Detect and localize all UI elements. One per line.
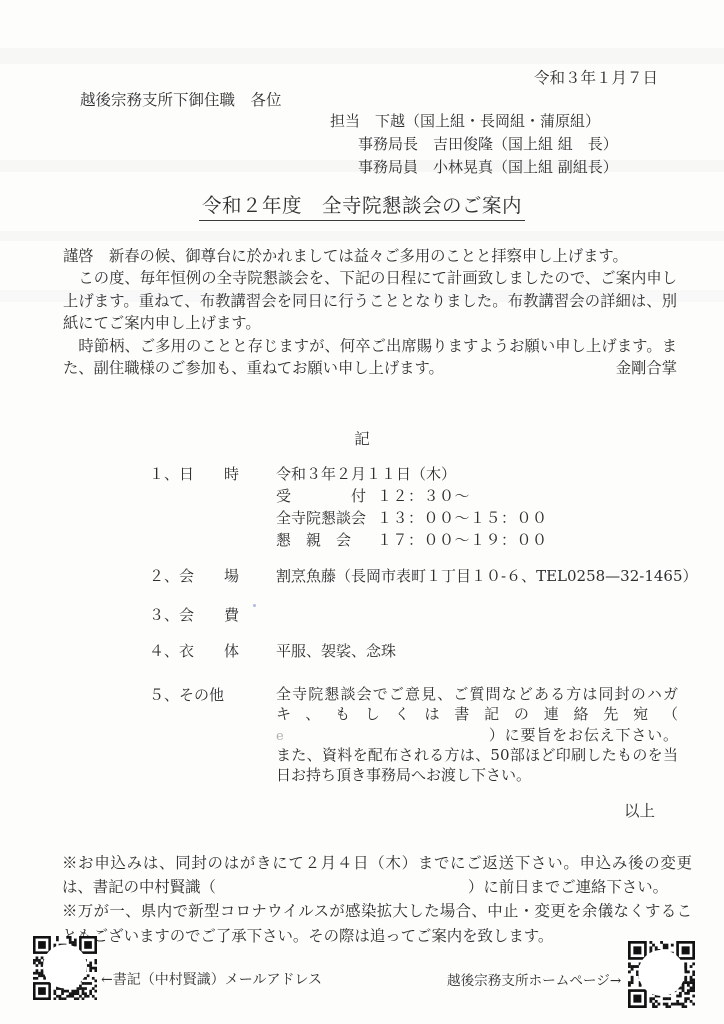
list-item-fee: ３、 会 費 bbox=[149, 604, 276, 626]
item-value: 令和３年２月１１日（木） 受 付 １２：３０～ 全寺院懇談会 １３：００～１５：… bbox=[276, 463, 548, 551]
scan-artifact-band bbox=[0, 231, 724, 241]
list-item-venue: ２、 会 場 割烹魚藤（長岡市表町１丁目１０-６、TEL0258—32-1465… bbox=[149, 565, 698, 587]
item-label: １、 日 時 bbox=[149, 463, 276, 485]
body-paragraph-3-text: 時節柄、ご多用のことと存じますが、何卒ご出席賜りますようお願い申し上げます。また… bbox=[63, 337, 677, 377]
item-number: ５、 bbox=[149, 684, 179, 706]
attire-value: 平服、袈裟、念珠 bbox=[276, 640, 396, 662]
item-label: ３、 会 費 bbox=[149, 604, 276, 626]
footnote-application: ※お申込みは、同封のはがきにて２月４日（木）までにご返送下さい。申込み後の変更は… bbox=[62, 851, 692, 899]
schedule-time: １７：００～１９：００ bbox=[377, 529, 548, 551]
schedule-time: １２：３０～ bbox=[377, 485, 470, 507]
body-text: 謹啓 新春の候、御尊台に於かれましては益々ご多用のことと拝察申し上げます。 この… bbox=[63, 245, 677, 379]
other-value: 全寺院懇談会でご意見、ご質問などある方は同封のハガキ、もしくは書記の連絡先宛（e… bbox=[276, 684, 678, 785]
document-title-text: 令和２年度 全寺院懇談会のご案内 bbox=[199, 194, 525, 221]
item-number: １、 bbox=[149, 463, 179, 485]
schedule-table: 受 付 １２：３０～ 全寺院懇談会 １３：００～１５：００ 懇 親 会 １７：０… bbox=[276, 485, 548, 551]
redacted-email-blank: e bbox=[276, 727, 488, 739]
venue-value: 割烹魚藤（長岡市表町１丁目１０-６、TEL0258—32-1465） bbox=[276, 565, 698, 587]
footnote1-post: ）に前日までご連絡下さい。 bbox=[468, 878, 668, 896]
item-number: ３、 bbox=[149, 604, 179, 626]
staff-line-kyokuin: 事務局員 小林晃真（国上組 副組長） bbox=[330, 156, 618, 179]
item-label-text: 衣 体 bbox=[179, 640, 239, 662]
staff-block: 担当 下越（国上組・長岡組・蒲原組） 事務局長 吉田俊隆（国上組 組 長） 事務… bbox=[330, 110, 618, 179]
scan-artifact-band bbox=[0, 48, 724, 64]
qr-code-left-icon bbox=[33, 936, 97, 1000]
item-label-text: 会 費 bbox=[179, 604, 239, 626]
list-item-datetime: １、 日 時 令和３年２月１１日（木） 受 付 １２：３０～ 全寺院懇談会 １３… bbox=[149, 463, 548, 551]
body-paragraph-1: 謹啓 新春の候、御尊台に於かれましては益々ご多用のことと拝察申し上げます。 bbox=[63, 245, 677, 267]
item-label-text: 会 場 bbox=[179, 565, 239, 587]
item-number: ４、 bbox=[149, 640, 179, 662]
schedule-time: １３：００～１５：００ bbox=[377, 507, 548, 529]
scan-speck bbox=[253, 604, 256, 607]
item-label: ５、 その他 bbox=[149, 684, 276, 706]
schedule-row-reception: 受 付 １２：３０～ bbox=[276, 485, 548, 507]
schedule-name: 全寺院懇談会 bbox=[276, 507, 367, 529]
redacted-contact-blank bbox=[216, 880, 468, 892]
qr-code-right-icon bbox=[628, 941, 695, 1008]
footer-caption-left: ←書記（中村賢識）メールアドレス bbox=[101, 969, 322, 989]
schedule-name: 受 付 bbox=[276, 485, 367, 507]
list-item-other: ５、 その他 全寺院懇談会でご意見、ご質問などある方は同封のハガキ、もしくは書記… bbox=[149, 684, 678, 785]
item-label-text: その他 bbox=[179, 684, 224, 706]
datetime-value: 令和３年２月１１日（木） bbox=[276, 463, 548, 485]
item-label: ２、 会 場 bbox=[149, 565, 276, 587]
staff-line-kyokuchou: 事務局長 吉田俊隆（国上組 組 長） bbox=[330, 133, 618, 156]
gassho-closing: 金剛合掌 bbox=[616, 357, 677, 379]
list-item-attire: ４、 衣 体 平服、袈裟、念珠 bbox=[149, 640, 396, 662]
footnote-covid: ※万が一、県内で新型コロナウイルスが感染拡大した場合、中止・変更を余儀なくするこ… bbox=[62, 899, 692, 947]
schedule-name: 懇 親 会 bbox=[276, 529, 367, 551]
body-paragraph-2: この度、毎年恒例の全寺院懇談会を、下記の日程にて計画致しましたので、ご案内申し上… bbox=[63, 267, 677, 334]
item-label-text: 日 時 bbox=[179, 463, 239, 485]
footnotes-block: ※お申込みは、同封のはがきにて２月４日（木）までにご返送下さい。申込み後の変更は… bbox=[62, 851, 692, 948]
footer-caption-right: 越後宗務支所ホームページ→ bbox=[447, 969, 621, 989]
staff-line-tantou: 担当 下越（国上組・長岡組・蒲原組） bbox=[330, 110, 618, 133]
schedule-row-banquet: 懇 親 会 １７：００～１９：００ bbox=[276, 529, 548, 551]
record-heading: 記 bbox=[0, 427, 724, 449]
recipient-line: 越後宗務支所下御住職 各位 bbox=[80, 88, 282, 110]
document-date: 令和３年１月７日 bbox=[534, 66, 658, 88]
schedule-row-meeting: 全寺院懇談会 １３：００～１５：００ bbox=[276, 507, 548, 529]
other-text-pre: 全寺院懇談会でご意見、ご質問などある方は同封のハガキ、もしくは書記の連絡先宛（ bbox=[276, 685, 678, 723]
item-label: ４、 衣 体 bbox=[149, 640, 276, 662]
scanned-document-page: 令和３年１月７日 越後宗務支所下御住職 各位 担当 下越（国上組・長岡組・蒲原組… bbox=[0, 0, 724, 1024]
body-paragraph-3: 時節柄、ご多用のことと存じますが、何卒ご出席賜りますようお願い申し上げます。また… bbox=[63, 335, 677, 380]
closing-word: 以上 bbox=[624, 799, 655, 821]
document-title: 令和２年度 全寺院懇談会のご案内 bbox=[0, 190, 724, 218]
item-number: ２、 bbox=[149, 565, 179, 587]
